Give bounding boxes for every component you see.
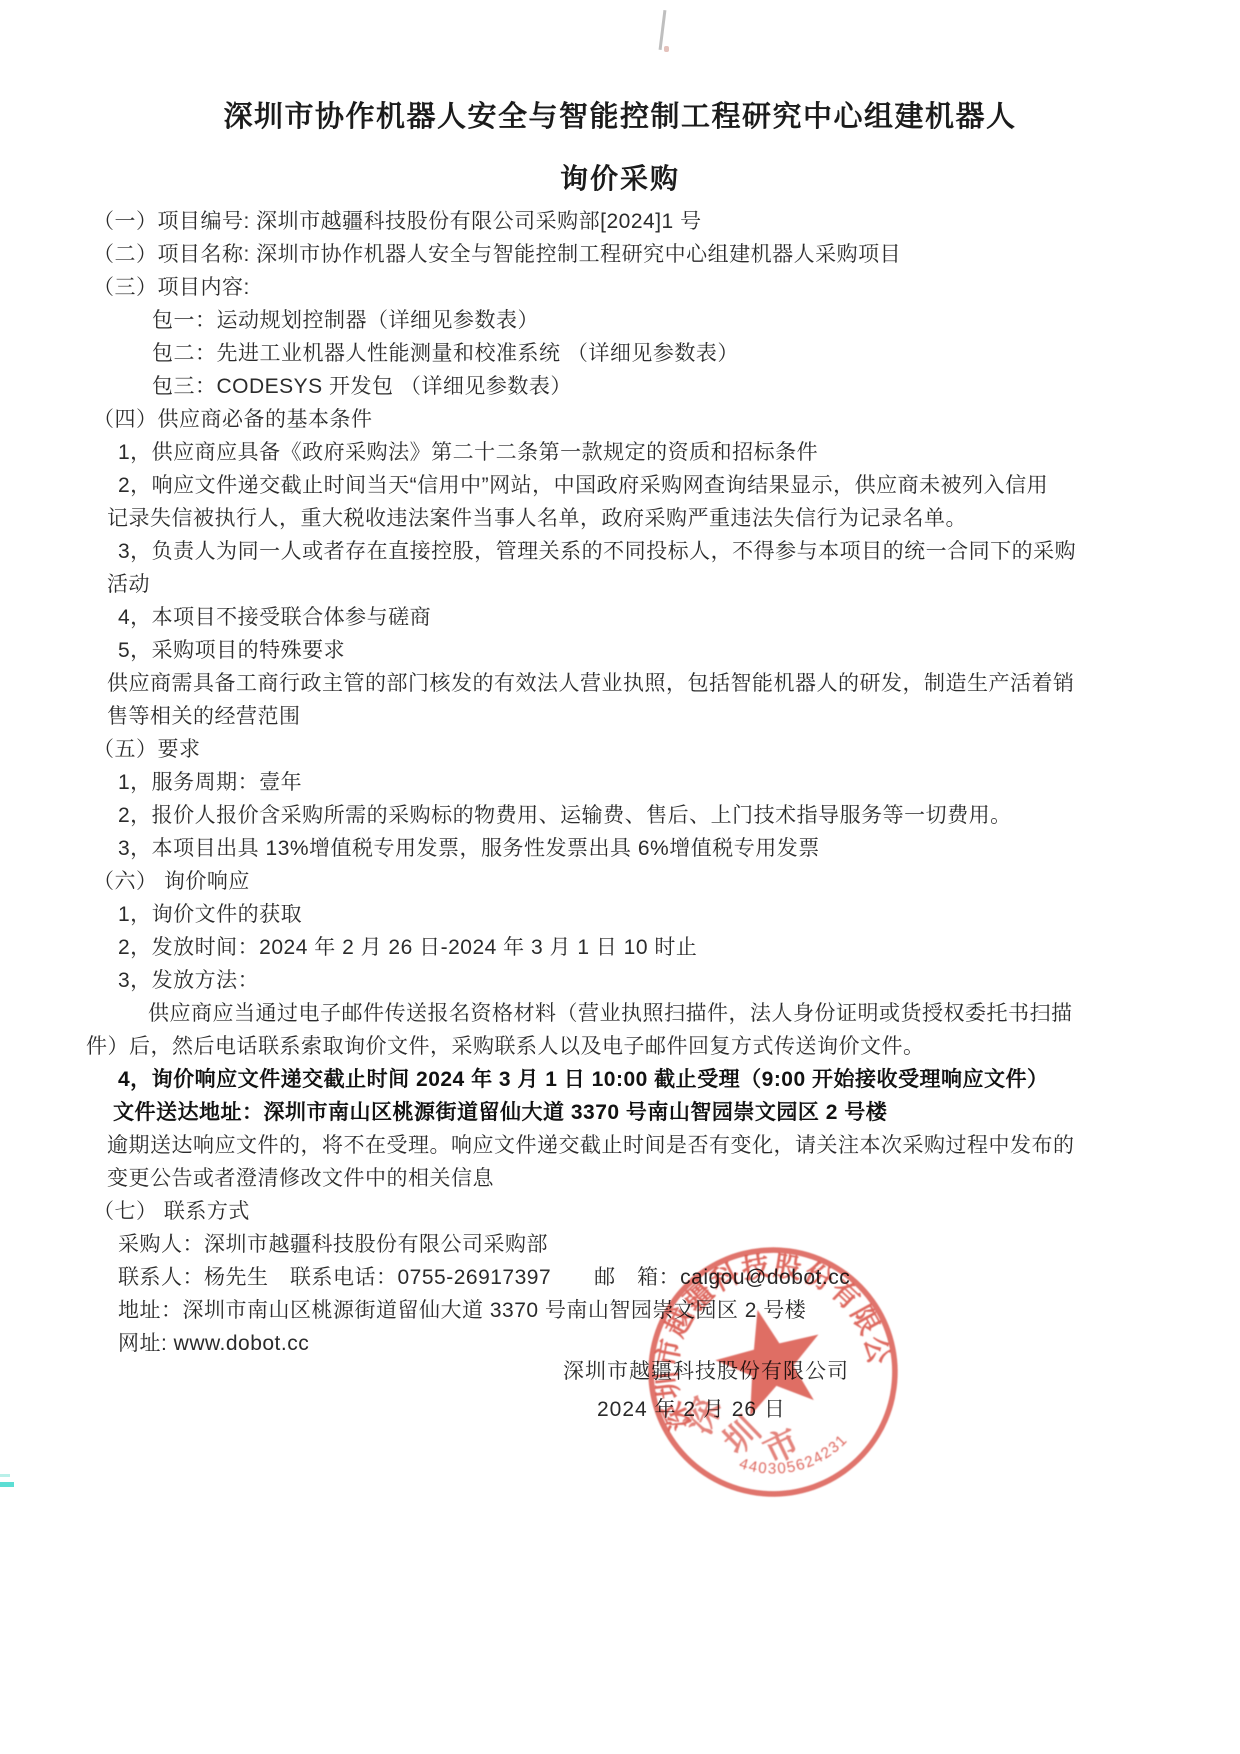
document-line: （七） 联系方式 [0, 1195, 1240, 1228]
document-line: 活动 [0, 568, 1240, 601]
document-line: 2，发放时间：2024 年 2 月 26 日-2024 年 3 月 1 日 10… [0, 931, 1240, 964]
document-line: （六） 询价响应 [0, 865, 1240, 898]
scanned-procurement-document: { "page_title": { "line1": "深圳市协作机器人安全与智… [0, 0, 1240, 1754]
document-line: 包一：运动规划控制器（详细见参数表） [0, 304, 1240, 337]
document-line: 记录失信被执行人，重大税收违法案件当事人名单，政府采购严重违法失信行为记录名单。 [0, 502, 1240, 535]
document-line: 1，询价文件的获取 [0, 898, 1240, 931]
document-line: 地址：深圳市南山区桃源街道留仙大道 3370 号南山智园崇文园区 2 号楼 [0, 1294, 1240, 1327]
document-line: （二）项目名称: 深圳市协作机器人安全与智能控制工程研究中心组建机器人采购项目 [0, 238, 1240, 271]
document-line: 4，询价响应文件递交截止时间 2024 年 3 月 1 日 10:00 截止受理… [0, 1063, 1240, 1096]
document-line: 变更公告或者澄清修改文件中的相关信息 [0, 1162, 1240, 1195]
document-line: 售等相关的经营范围 [0, 700, 1240, 733]
document-line: 3，负责人为同一人或者存在直接控股，管理关系的不同投标人，不得参与本项目的统一合… [0, 535, 1240, 568]
document-line: 文件送达地址：深圳市南山区桃源街道留仙大道 3370 号南山智园崇文园区 2 号… [0, 1096, 1240, 1129]
document-line: 逾期送达响应文件的，将不在受理。响应文件递交截止时间是否有变化，请关注本次采购过… [0, 1129, 1240, 1162]
document-line: （一）项目编号: 深圳市越疆科技股份有限公司采购部[2024]1 号 [0, 205, 1240, 238]
document-line: 4，本项目不接受联合体参与磋商 [0, 601, 1240, 634]
document-line: 5，采购项目的特殊要求 [0, 634, 1240, 667]
scan-artifact-edge-mark [0, 1474, 10, 1477]
document-line: 采购人：深圳市越疆科技股份有限公司采购部 [0, 1228, 1240, 1261]
document-line: 1，供应商应具备《政府采购法》第二十二条第一款规定的资质和招标条件 [0, 436, 1240, 469]
document-line: 包二：先进工业机器人性能测量和校准系统 （详细见参数表） [0, 337, 1240, 370]
seal-star-icon [706, 1297, 834, 1421]
document-line: 供应商需具备工商行政主管的部门核发的有效法人营业执照，包括智能机器人的研发，制造… [0, 667, 1240, 700]
scan-artifact-top-dot [664, 46, 669, 52]
document-line: 2，报价人报价含采购所需的采购标的物费用、运输费、售后、上门技术指导服务等一切费… [0, 799, 1240, 832]
document-line: 1，服务周期：壹年 [0, 766, 1240, 799]
document-body: （一）项目编号: 深圳市越疆科技股份有限公司采购部[2024]1 号（二）项目名… [0, 205, 1240, 1360]
document-line: 3，本项目出具 13%增值税专用发票，服务性发票出具 6%增值税专用发票 [0, 832, 1240, 865]
document-line: 包三：CODESYS 开发包 （详细见参数表） [0, 370, 1240, 403]
document-line: （三）项目内容: [0, 271, 1240, 304]
document-line: （四）供应商必备的基本条件 [0, 403, 1240, 436]
document-line: 供应商应当通过电子邮件传送报名资格材料（营业执照扫描件，法人身份证明或货授权委托… [0, 997, 1240, 1030]
document-title: 深圳市协作机器人安全与智能控制工程研究中心组建机器人 [0, 94, 1240, 135]
scan-artifact-top [659, 10, 667, 50]
document-subtitle: 询价采购 [0, 157, 1240, 197]
document-line: 3，发放方法： [0, 964, 1240, 997]
scan-artifact-edge-mark [0, 1482, 14, 1487]
document-line: 2，响应文件递交截止时间当天“信用中”网站，中国政府采购网查询结果显示，供应商未… [0, 469, 1240, 502]
document-line: （五）要求 [0, 733, 1240, 766]
document-line: 件）后，然后电话联系索取询价文件，采购联系人以及电子邮件回复方式传送询价文件。 [0, 1030, 1240, 1063]
